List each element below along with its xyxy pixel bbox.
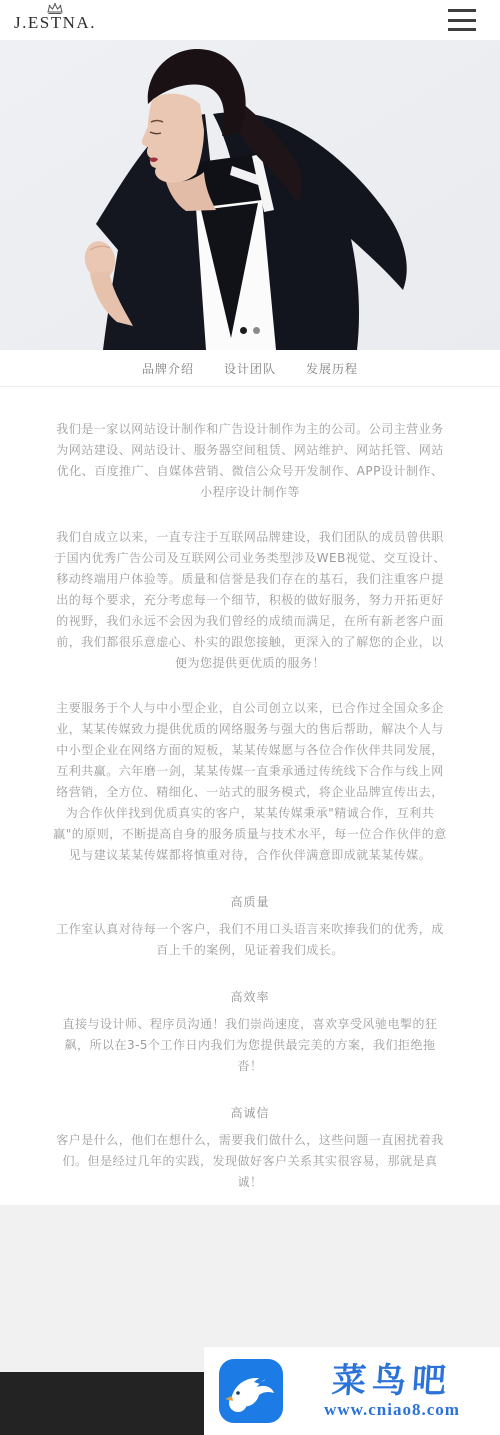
feature-quality: 高质量 工作室认真对待每一个客户，我们不用口头语言来吹捧我们的优秀，成百上千的案… [52, 892, 448, 961]
feature-efficiency-text: 直接与设计师、程序员沟通！我们崇尚速度，喜欢享受风驰电掣的狂飙，所以在3-5个工… [52, 1014, 448, 1077]
section-nav: 品牌介绍 设计团队 发展历程 [0, 350, 500, 387]
nav-tab-brand-intro[interactable]: 品牌介绍 [142, 360, 194, 377]
feature-integrity: 高诚信 客户是什么，他们在想什么，需要我们做什么，这些问题一直困扰着我们。但是经… [52, 1103, 448, 1193]
hamburger-bar [448, 9, 476, 12]
intro-paragraph-3: 主要服务于个人与中小型企业，自公司创立以来，已合作过全国众多企业，某某传媒致力提… [52, 698, 448, 866]
hamburger-bar [448, 19, 476, 22]
intro-paragraph-1: 我们是一家以网站设计制作和广告设计制作为主的公司。公司主营业务为网站建设、网站设… [52, 419, 448, 503]
feature-quality-text: 工作室认真对待每一个客户，我们不用口头语言来吹捧我们的优秀，成百上千的案例，见证… [52, 919, 448, 961]
carousel-dot-2[interactable] [253, 327, 260, 334]
feature-efficiency-title: 高效率 [52, 987, 448, 1008]
feature-quality-title: 高质量 [52, 892, 448, 913]
page: J.ESTNA. [0, 0, 500, 1435]
brand-logo-text: J.ESTNA. [14, 13, 96, 32]
hamburger-menu-icon[interactable] [448, 9, 476, 31]
carousel-dots [0, 327, 500, 334]
watermark-text: 菜鸟吧 www.cniao8.com [294, 1362, 490, 1420]
carousel-dot-1[interactable] [240, 327, 247, 334]
feature-integrity-title: 高诚信 [52, 1103, 448, 1124]
watermark-site-url: www.cniao8.com [294, 1400, 490, 1420]
watermark-site-name: 菜鸟吧 [293, 1362, 492, 1400]
bird-logo-icon [218, 1358, 284, 1424]
intro-paragraph-2: 我们自成立以来，一直专注于互联网品牌建设，我们团队的成员曾供职于国内优秀广告公司… [52, 527, 448, 674]
header: J.ESTNA. [0, 0, 500, 40]
fashion-model-photo [0, 40, 500, 350]
nav-tab-history[interactable]: 发展历程 [306, 360, 358, 377]
nav-tab-design-team[interactable]: 设计团队 [224, 360, 276, 377]
cniao8-watermark[interactable]: 菜鸟吧 www.cniao8.com [204, 1347, 500, 1435]
feature-integrity-text: 客户是什么，他们在想什么，需要我们做什么，这些问题一直困扰着我们。但是经过几年的… [52, 1130, 448, 1193]
brand-logo[interactable]: J.ESTNA. [10, 3, 100, 33]
hamburger-bar [448, 28, 476, 31]
hero-carousel[interactable] [0, 40, 500, 350]
brand-intro-content: 我们是一家以网站设计制作和广告设计制作为主的公司。公司主营业务为网站建设、网站设… [0, 387, 500, 1205]
feature-efficiency: 高效率 直接与设计师、程序员沟通！我们崇尚速度，喜欢享受风驰电掣的狂飙，所以在3… [52, 987, 448, 1077]
